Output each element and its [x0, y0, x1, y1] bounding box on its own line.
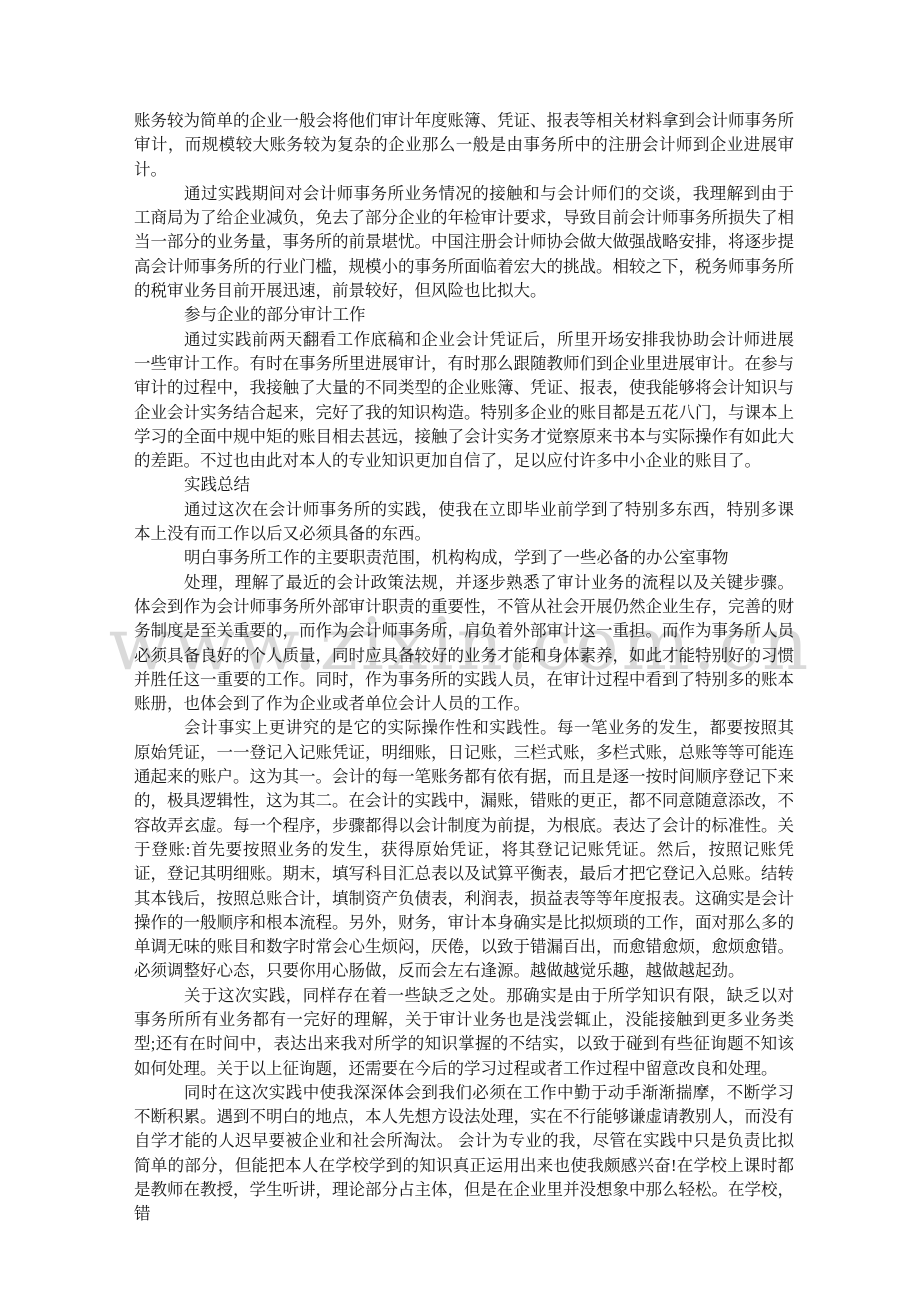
document-page: www.zixin.com.cn 账务较为简单的企业一般会将他们审计年度账簿、凭… [0, 0, 920, 1302]
paragraph: 处理，理解了最近的会计政策法规，并逐步熟悉了审计业务的流程以及关键步骤。体会到作… [134, 571, 794, 717]
paragraph: 参与企业的部分审计工作 [134, 303, 794, 327]
paragraph: 实践总结 [134, 473, 794, 497]
paragraph: 通过实践前两天翻看工作底稿和企业会计凭证后，所里开场安排我协助会计师进展一些审计… [134, 328, 794, 474]
paragraph: 通过这次在会计师事务所的实践，使我在立即毕业前学到了特别多东西，特别多课本上没有… [134, 498, 794, 547]
paragraph: 同时在这次实践中使我深深体会到我们必须在工作中勤于动手渐渐揣摩，不断学习不断积累… [134, 1081, 794, 1227]
paragraph: 通过实践期间对会计师事务所业务情况的接触和与会计师们的交谈，我理解到由于工商局为… [134, 182, 794, 303]
paragraph: 账务较为简单的企业一般会将他们审计年度账簿、凭证、报表等相关材料拿到会计师事务所… [134, 109, 794, 182]
paragraph: 关于这次实践，同样存在着一些缺乏之处。那确实是由于所学知识有限，缺乏以对事务所所… [134, 984, 794, 1081]
paragraph: 明白事务所工作的主要职责范围，机构构成，学到了一些必备的办公室事物 [134, 546, 794, 570]
document-body: 账务较为简单的企业一般会将他们审计年度账簿、凭证、报表等相关材料拿到会计师事务所… [134, 109, 794, 1227]
paragraph: 会计事实上更讲究的是它的实际操作性和实践性。每一笔业务的发生，都要按照其原始凭证… [134, 716, 794, 983]
